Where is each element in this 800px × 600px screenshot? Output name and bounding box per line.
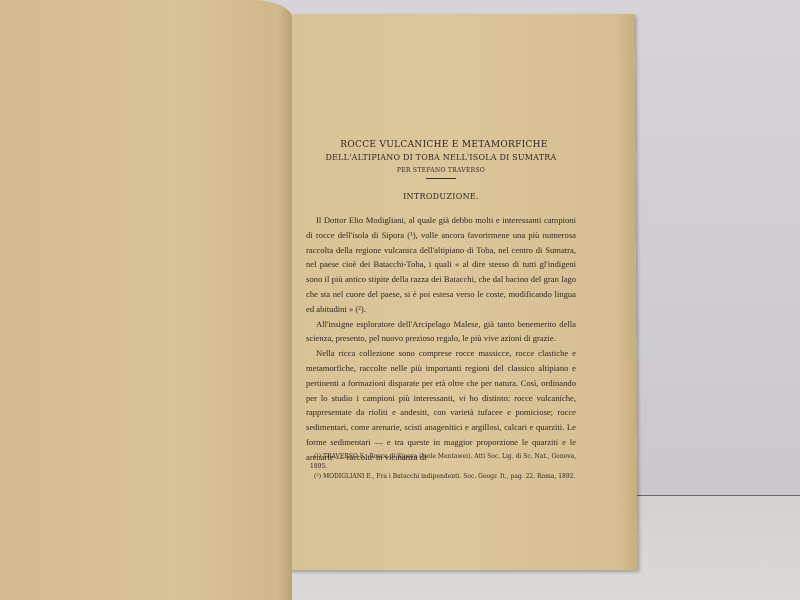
left-page-blank <box>0 0 292 600</box>
paragraph: Nella ricca collezione sono comprese roc… <box>306 346 576 464</box>
paragraph: Il Dottor Elio Modigliani, al quale già … <box>306 213 576 317</box>
paragraph: All'insigne esploratore dell'Arcipelago … <box>306 317 576 347</box>
title-rule-divider <box>426 178 456 179</box>
article-body: ROCCE VULCANICHE E METAMORFICHE DELL'ALT… <box>306 140 576 465</box>
body-text: Il Dottor Elio Modigliani, al quale già … <box>306 213 576 465</box>
section-heading: INTRODUZIONE. <box>306 192 576 201</box>
article-title: ROCCE VULCANICHE E METAMORFICHE <box>312 140 576 150</box>
author-byline: PER STEFANO TRAVERSO <box>306 167 576 174</box>
article-subtitle: DELL'ALTIPIANO DI TOBA NELL'ISOLA DI SUM… <box>306 153 576 162</box>
footnote: (²) MODIGLIANI E., Fra i Batacchi indipe… <box>310 472 582 482</box>
footnote: (¹) TRAVERSO S., Rocce di Sipora (Isole … <box>310 452 582 472</box>
footnotes: (¹) TRAVERSO S., Rocce di Sipora (Isole … <box>310 452 582 482</box>
